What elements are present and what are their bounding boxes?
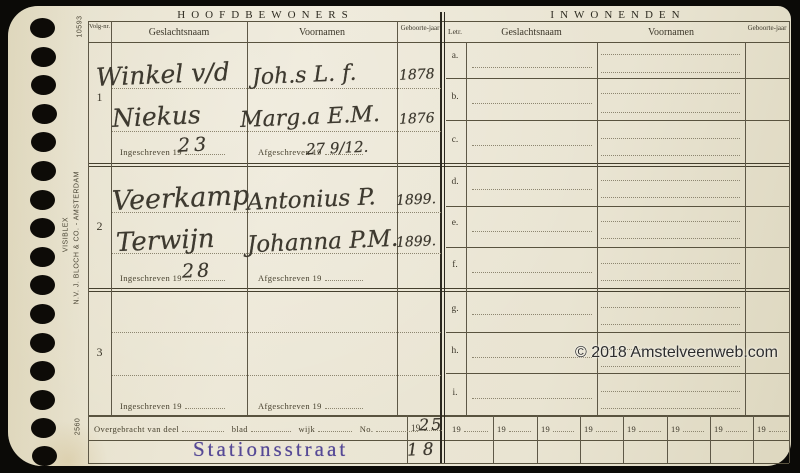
grid-line (667, 415, 668, 463)
dotted-fill (325, 400, 363, 409)
dotted-fill (325, 272, 363, 281)
letter-row-c: c. (444, 135, 466, 145)
writing-line (601, 93, 740, 94)
wijk-label: wijk (298, 424, 315, 434)
writing-line (112, 375, 441, 376)
col-header-geboortejaar: Geboorte-jaar (397, 24, 443, 32)
handwritten-afgeschreven-date: 27 9/12. (306, 138, 369, 159)
dotted-fill (553, 423, 574, 432)
year-prefix: 19 (541, 424, 550, 434)
year-cell: 19 (497, 423, 531, 434)
year-cell: 19 (714, 423, 747, 434)
handwritten-firstnames: Joh.s L. f. (252, 61, 357, 91)
maker-imprint: N.V. J. BLOCH & CO. - AMSTERDAM (74, 185, 81, 305)
handwritten-birthyear: 1876 (399, 110, 435, 128)
year-prefix: 19 (714, 424, 723, 434)
punch-hole (31, 47, 56, 67)
writing-line (601, 155, 740, 156)
handwritten-ingeschreven-year: 23 (178, 133, 211, 156)
letter-row-a: a. (444, 51, 466, 61)
year-cell: 19 (757, 423, 787, 434)
col-header-voornamen-inw: Voornamen (597, 27, 745, 38)
letter-row-d: d. (444, 177, 466, 187)
year-cell: 19 (541, 423, 574, 434)
overgebracht-label: Overgebracht van deel (94, 424, 179, 434)
punch-hole (30, 275, 55, 295)
label-text: Afgeschreven 19 (258, 401, 322, 411)
section-title-hoofdbewoners: HOOFDBEWONERS (88, 9, 443, 21)
dotted-fill (464, 423, 488, 432)
handwritten-surname: Veerkamp (111, 180, 249, 217)
writing-line (601, 54, 740, 55)
writing-line (601, 238, 740, 239)
grid-line (446, 78, 789, 79)
writing-line (601, 366, 740, 367)
grid-line (537, 415, 538, 463)
form-number-bottom: 2560 (75, 414, 82, 440)
grid-line (466, 42, 467, 415)
letter-row-h: h. (444, 346, 466, 356)
punch-hole (30, 304, 55, 324)
handwritten-year: 25 (419, 414, 444, 434)
letter-row-e: e. (444, 218, 466, 228)
scanned-register-card-photo: VISIBLEX N.V. J. BLOCH & CO. - AMSTERDAM… (0, 0, 800, 473)
writing-line (472, 231, 592, 232)
year-prefix: 19 (452, 424, 461, 434)
handwritten-surname: Winkel v/d (95, 57, 230, 92)
volgnr-3: 3 (88, 345, 111, 360)
form-number-top: 10593 (77, 12, 84, 42)
label-text: Ingeschreven 19 (120, 147, 182, 157)
writing-line (601, 307, 740, 308)
dotted-fill (251, 423, 291, 432)
grid-line (446, 120, 789, 121)
grid-line (247, 21, 248, 415)
label-text: Ingeschreven 19 (120, 401, 182, 411)
grid-line (623, 415, 624, 463)
punch-hole (30, 218, 55, 238)
col-header-voornamen: Voornamen (247, 27, 397, 38)
no-label: No. (360, 424, 374, 434)
year-prefix: 19 (671, 424, 680, 434)
punch-hole (31, 75, 56, 95)
blad-label: blad (232, 424, 248, 434)
punch-hole (32, 104, 57, 124)
overgebracht-line: Overgebracht van deel blad wijk No. (94, 423, 418, 434)
writing-line (472, 67, 592, 68)
dotted-fill (509, 423, 531, 432)
punch-hole (31, 418, 56, 438)
dotted-fill (769, 423, 787, 432)
col-header-letter: Letr. (444, 27, 466, 36)
year-prefix: 19 (497, 424, 506, 434)
label-text: Ingeschreven 19 (120, 273, 182, 283)
grid-line (446, 247, 789, 248)
writing-line (601, 324, 740, 325)
dotted-fill (639, 423, 661, 432)
handwritten-surname: Niekus (111, 100, 201, 133)
writing-line (472, 357, 592, 358)
punch-hole (31, 132, 56, 152)
writing-line (472, 272, 592, 273)
label-text: Afgeschreven 19 (258, 273, 322, 283)
punch-hole (30, 190, 55, 210)
grid-line (753, 415, 754, 463)
writing-line (601, 408, 740, 409)
handwritten-birthyear: 1878 (399, 66, 435, 84)
grid-line (397, 21, 398, 415)
year-cell: 19 (584, 423, 617, 434)
writing-line (472, 398, 592, 399)
handwritten-ingeschreven-year: 28 (182, 259, 213, 282)
punch-hole (31, 161, 56, 181)
punch-hole (30, 18, 55, 38)
writing-line (472, 103, 592, 104)
year-prefix: 19 (757, 424, 766, 434)
ingeschreven-label-3: Ingeschreven 19 (120, 400, 225, 411)
writing-line (472, 189, 592, 190)
afgeschreven-label-2: Afgeschreven 19 (258, 272, 363, 283)
grid-line (580, 415, 581, 463)
handwritten-birthyear: 1899. (396, 233, 437, 251)
writing-line (601, 112, 740, 113)
watermark: © 2018 Amstelveenweb.com (575, 344, 778, 362)
grid-line (88, 463, 789, 464)
letter-row-b: b. (444, 92, 466, 102)
letter-row-f: f. (444, 260, 466, 270)
punch-hole (30, 247, 55, 267)
volgnr-1: 1 (88, 90, 111, 105)
dotted-fill (726, 423, 747, 432)
volgnr-2: 2 (88, 219, 111, 234)
handwritten-birthyear: 1899. (396, 191, 437, 209)
grid-line (446, 373, 789, 374)
col-header-volgnr: Volg-nr. (88, 23, 111, 30)
writing-line (601, 263, 740, 264)
writing-line (601, 138, 740, 139)
writing-line (112, 332, 441, 333)
afgeschreven-label-3: Afgeschreven 19 (258, 400, 363, 411)
writing-line (601, 180, 740, 181)
grid-line (446, 332, 789, 333)
year-cell: 19 (452, 423, 488, 434)
writing-line (601, 221, 740, 222)
writing-line (601, 391, 740, 392)
street-name-stamp: Stationsstraat (193, 437, 348, 462)
grid-line (88, 288, 789, 292)
year-cell: 19 (671, 423, 704, 434)
writing-line (601, 72, 740, 73)
grid-line (446, 206, 789, 207)
dotted-fill (683, 423, 704, 432)
handwritten-house-number: 18 (407, 439, 439, 460)
year-prefix: 19 (584, 424, 593, 434)
dotted-fill (596, 423, 617, 432)
year-cell: 19 (627, 423, 661, 434)
punch-hole (30, 361, 55, 381)
grid-line (710, 415, 711, 463)
grid-line (88, 21, 789, 22)
grid-line (88, 42, 789, 43)
grid-line (88, 163, 789, 167)
letter-row-g: g. (444, 304, 466, 314)
writing-line (472, 145, 592, 146)
writing-line (472, 314, 592, 315)
writing-line (601, 197, 740, 198)
punch-hole (32, 446, 57, 466)
dotted-fill (185, 400, 225, 409)
punch-hole (30, 333, 55, 353)
brand-imprint: VISIBLEX (63, 210, 70, 260)
col-header-geboortejaar-inw: Geboorte-jaar (745, 24, 789, 32)
writing-line (601, 280, 740, 281)
col-header-geslachtsnaam: Geslachtsnaam (111, 27, 247, 38)
dotted-fill (318, 423, 352, 432)
grid-line (789, 21, 790, 463)
handwritten-surname: Terwijn (115, 224, 215, 258)
punch-hole (30, 390, 55, 410)
grid-line (88, 21, 89, 463)
year-prefix: 19 (627, 424, 636, 434)
grid-line (493, 415, 494, 463)
col-header-geslachtsnaam-inw: Geslachtsnaam (466, 27, 597, 38)
dotted-fill (182, 423, 224, 432)
section-title-inwonenden: INWONENDEN (446, 9, 790, 21)
letter-row-i: i. (444, 388, 466, 398)
